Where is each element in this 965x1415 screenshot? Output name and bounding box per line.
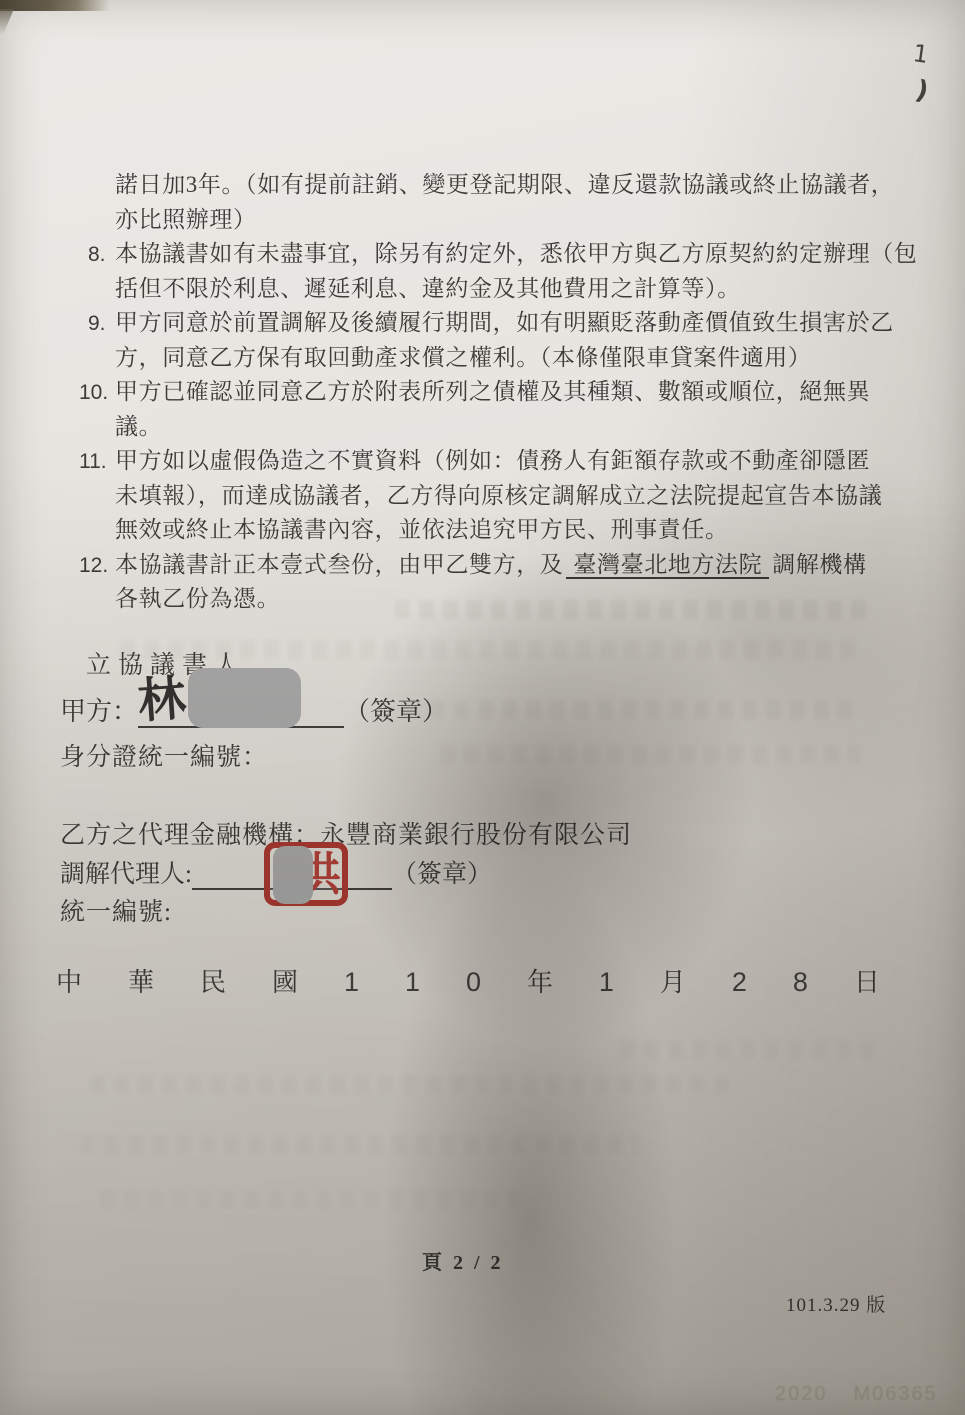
clause-line: 亦比照辦理） xyxy=(88,203,908,238)
date-token: 民 xyxy=(200,962,226,999)
page-number: 頁 2 / 2 xyxy=(422,1246,504,1275)
clause-number: 11. xyxy=(79,445,115,480)
bleedthrough-smudge xyxy=(430,700,860,719)
version-label: 101.3.29 版 xyxy=(786,1290,886,1317)
date-token: 中 xyxy=(56,962,82,999)
clause-line: 方，同意乙方保有取回動產求償之權利。（本條僅限車貸案件適用） xyxy=(88,341,908,376)
seal-suffix: （簽章） xyxy=(392,861,492,888)
underlined-court-name: 臺灣臺北地方法院 xyxy=(566,552,769,579)
mediator-label: 調解代理人: xyxy=(60,861,192,888)
clause-line: 11.甲方如以虛假偽造之不實資料（例如：債務人有鉅額存款或不動產卻隱匿 xyxy=(88,444,908,479)
clause-list: 諾日加3年。（如有提前註銷、變更登記期限、違反還款協議或終止協議者，亦比照辦理）… xyxy=(88,168,908,617)
date-token: 1 xyxy=(599,967,614,998)
bleedthrough-smudge xyxy=(100,1190,520,1209)
bleedthrough-smudge xyxy=(80,1135,640,1154)
clause-line: 各執乙份為憑。 xyxy=(88,582,908,617)
date-token: 8 xyxy=(793,967,808,998)
clause-line: 諾日加3年。（如有提前註銷、變更登記期限、違反還款協議或終止協議者， xyxy=(88,168,908,203)
date-token: 國 xyxy=(272,962,298,999)
date-token: 1 xyxy=(344,967,359,998)
camera-watermark-date: 2020 xyxy=(775,1383,828,1406)
handwritten-mark: ) xyxy=(913,75,932,107)
seal-suffix: （簽章） xyxy=(344,697,448,726)
camera-watermark: 2020 M06365 xyxy=(775,1383,938,1406)
clause-number: 10. xyxy=(79,376,115,411)
stamp-redaction-box xyxy=(273,846,313,904)
party-b-agency-row: 乙方之代理金融機構：永豐商業銀行股份有限公司 xyxy=(60,815,632,851)
mediator-row: 調解代理人:洪（簽章） xyxy=(60,854,492,890)
clause-line: 無效或終止本協議書內容，並依法追究甲方民、刑事責任。 xyxy=(88,513,908,548)
clause-number: 8. xyxy=(88,238,115,273)
date-token: 年 xyxy=(527,962,553,999)
id-number-label: 身分證統一編號： xyxy=(60,737,268,773)
date-token: 0 xyxy=(466,967,481,998)
bleedthrough-smudge xyxy=(440,745,860,764)
date-token: 華 xyxy=(128,962,154,999)
handwritten-mark: 1 xyxy=(911,39,930,69)
date-token: 月 xyxy=(660,962,686,999)
document-page: 1 ) 諾日加3年。（如有提前註銷、變更登記期限、違反還款協議或終止協議者，亦比… xyxy=(0,0,965,1415)
clause-number: 9. xyxy=(88,307,115,342)
clause-line: 8.本協議書如有未盡事宜，除另有約定外，悉依甲方與乙方原契約約定辦理（包 xyxy=(88,237,908,272)
date-token: 2 xyxy=(732,967,747,998)
clause-line: 9.甲方同意於前置調解及後續履行期間，如有明顯貶落動產價值致生損害於乙 xyxy=(88,306,908,341)
clause-line: 括但不限於利息、遲延利息、違約金及其他費用之計算等）。 xyxy=(88,272,908,307)
party-b-agency-name: 永豐商業銀行股份有限公司 xyxy=(320,822,632,849)
clause-line: 12.本協議書計正本壹式叁份，由甲乙雙方，及臺灣臺北地方法院調解機構 xyxy=(88,548,908,583)
mediator-signature-line: 洪 xyxy=(192,856,392,890)
date-token: 日 xyxy=(854,962,880,999)
clause-line: 議。 xyxy=(88,410,908,445)
bleedthrough-smudge xyxy=(620,1040,880,1059)
redaction-box xyxy=(188,668,301,728)
party-a-signature-line: 林 xyxy=(138,692,344,728)
paper-edge-corner xyxy=(0,9,14,35)
paper-edge xyxy=(0,0,110,11)
clause-line: 10.甲方已確認並同意乙方於附表所列之債權及其種類、數額或順位，絕無異 xyxy=(88,375,908,410)
clause-number: 12. xyxy=(79,549,115,584)
uid-label: 統一編號: xyxy=(60,892,172,928)
stamp-seal: 洪 xyxy=(264,842,348,906)
party-a-row: 甲方：林（簽章） xyxy=(60,691,448,728)
party-a-handwritten-signature: 林 xyxy=(136,674,187,725)
date-token: 1 xyxy=(405,967,420,998)
clause-line: 未填報），而達成協議者，乙方得向原核定調解成立之法院提起宣告本協議 xyxy=(88,479,908,514)
date-line: 中華民國110年1月28日 xyxy=(56,962,880,999)
party-a-label: 甲方： xyxy=(60,697,138,726)
bleedthrough-smudge xyxy=(90,1075,730,1094)
camera-watermark-id: M06365 xyxy=(854,1383,938,1406)
